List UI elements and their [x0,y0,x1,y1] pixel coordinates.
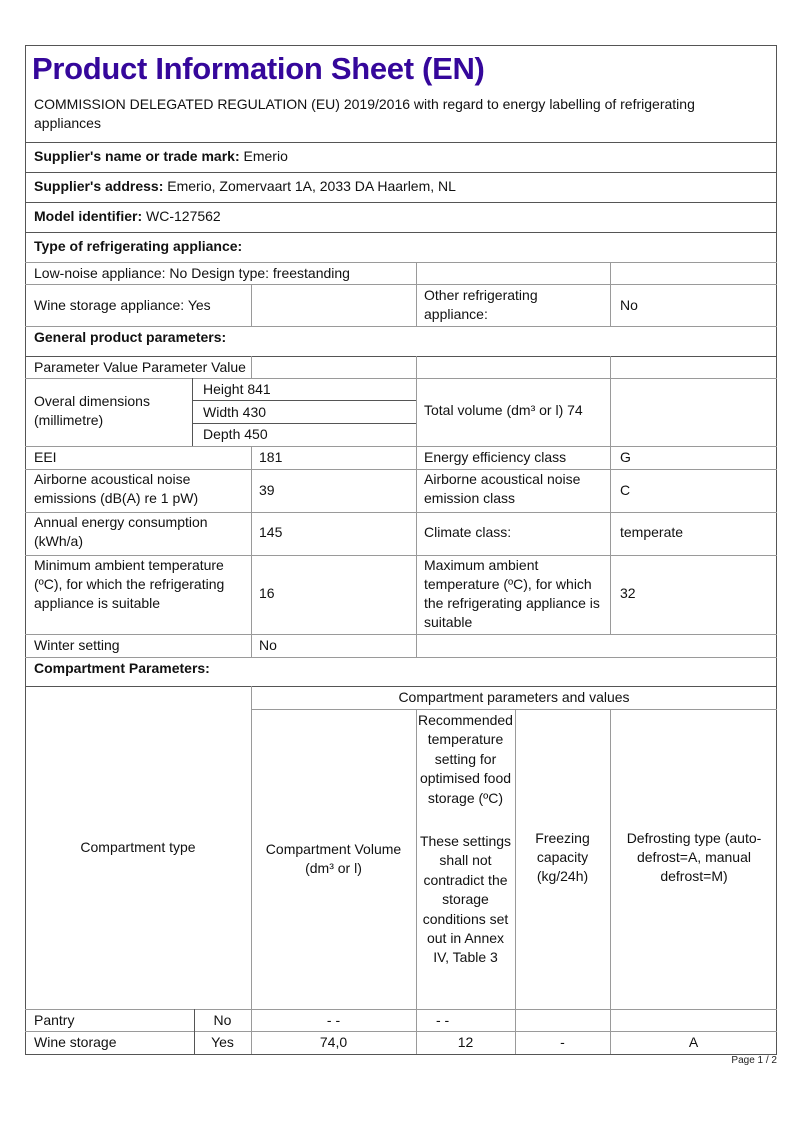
compartment-type: Wine storage [34,1033,116,1052]
energy-class-label: Energy efficiency class [424,448,566,467]
page-number: Page 1 / 2 [731,1055,777,1066]
general-parameters-heading: General product parameters: [34,328,226,347]
noise-label: Airborne acoustical noise emissions (dB(… [34,470,244,508]
other-appliance-value: No [620,296,638,315]
dimension-depth: Depth 450 [203,425,268,444]
min-temp-value: 16 [259,584,275,603]
dimensions-label: Overal dimensions (millimetre) [34,392,184,430]
compartment-present: No [194,1011,251,1030]
dimension-width: Width 430 [203,403,266,422]
compartment-group-header: Compartment parameters and values [251,688,777,707]
other-appliance-label: Other refrigerating appliance: [424,286,604,324]
climate-class-label: Climate class: [424,523,511,542]
low-noise-design-type: Low-noise appliance: No Design type: fre… [34,264,350,283]
noise-class-value: C [620,481,630,500]
compartment-freezing: - [515,1033,610,1052]
compartment-volume: - - [251,1011,416,1030]
min-temp-label: Minimum ambient temperature (ºC), for wh… [34,556,244,613]
max-temp-value: 32 [620,584,636,603]
winter-setting-label: Winter setting [34,636,120,655]
model-identifier: Model identifier: WC-127562 [34,207,221,226]
col-compartment-volume: Compartment Volume (dm³ or l) [257,840,410,878]
compartment-present: Yes [194,1033,251,1052]
eei-value: 181 [259,448,282,467]
climate-class-value: temperate [620,523,683,542]
annual-consumption-value: 145 [259,523,282,542]
noise-class-label: Airborne acoustical noise emission class [424,470,604,508]
appliance-type-heading: Type of refrigerating appliance: [34,237,242,256]
max-temp-label: Maximum ambient temperature (ºC), for wh… [424,556,604,632]
supplier-address: Supplier's address: Emerio, Zomervaart 1… [34,177,456,196]
noise-value: 39 [259,481,275,500]
winter-setting-value: No [259,636,277,655]
regulation-text: COMMISSION DELEGATED REGULATION (EU) 201… [34,95,734,133]
col-compartment-type: Compartment type [25,838,251,857]
eei-label: EEI [34,448,57,467]
compartment-volume: 74,0 [251,1033,416,1052]
product-information-sheet: Product Information Sheet (EN) COMMISSIO… [25,45,777,1055]
compartment-type: Pantry [34,1011,74,1030]
compartment-heading: Compartment Parameters: [34,659,210,678]
col-freezing-capacity: Freezing capacity (kg/24h) [517,829,608,886]
energy-class-value: G [620,448,631,467]
col-defrosting-type: Defrosting type (auto-defrost=A, manual … [615,829,773,886]
supplier-name: Supplier's name or trade mark: Emerio [34,147,288,166]
annual-consumption-label: Annual energy consumption (kWh/a) [34,513,244,551]
parameter-header-row: Parameter Value Parameter Value [34,358,246,377]
col-temp-note: These settings shall not contradict the … [418,832,513,968]
compartment-defrost: A [610,1033,777,1052]
col-recommended-temp: Recommended temperature setting for opti… [416,711,515,808]
compartment-temp: 12 [416,1033,515,1052]
wine-storage-appliance: Wine storage appliance: Yes [34,296,211,315]
compartment-temp: - - [436,1011,449,1030]
dimension-height: Height 841 [203,380,271,399]
total-volume: Total volume (dm³ or l) 74 [424,401,583,420]
page-title: Product Information Sheet (EN) [32,51,485,87]
